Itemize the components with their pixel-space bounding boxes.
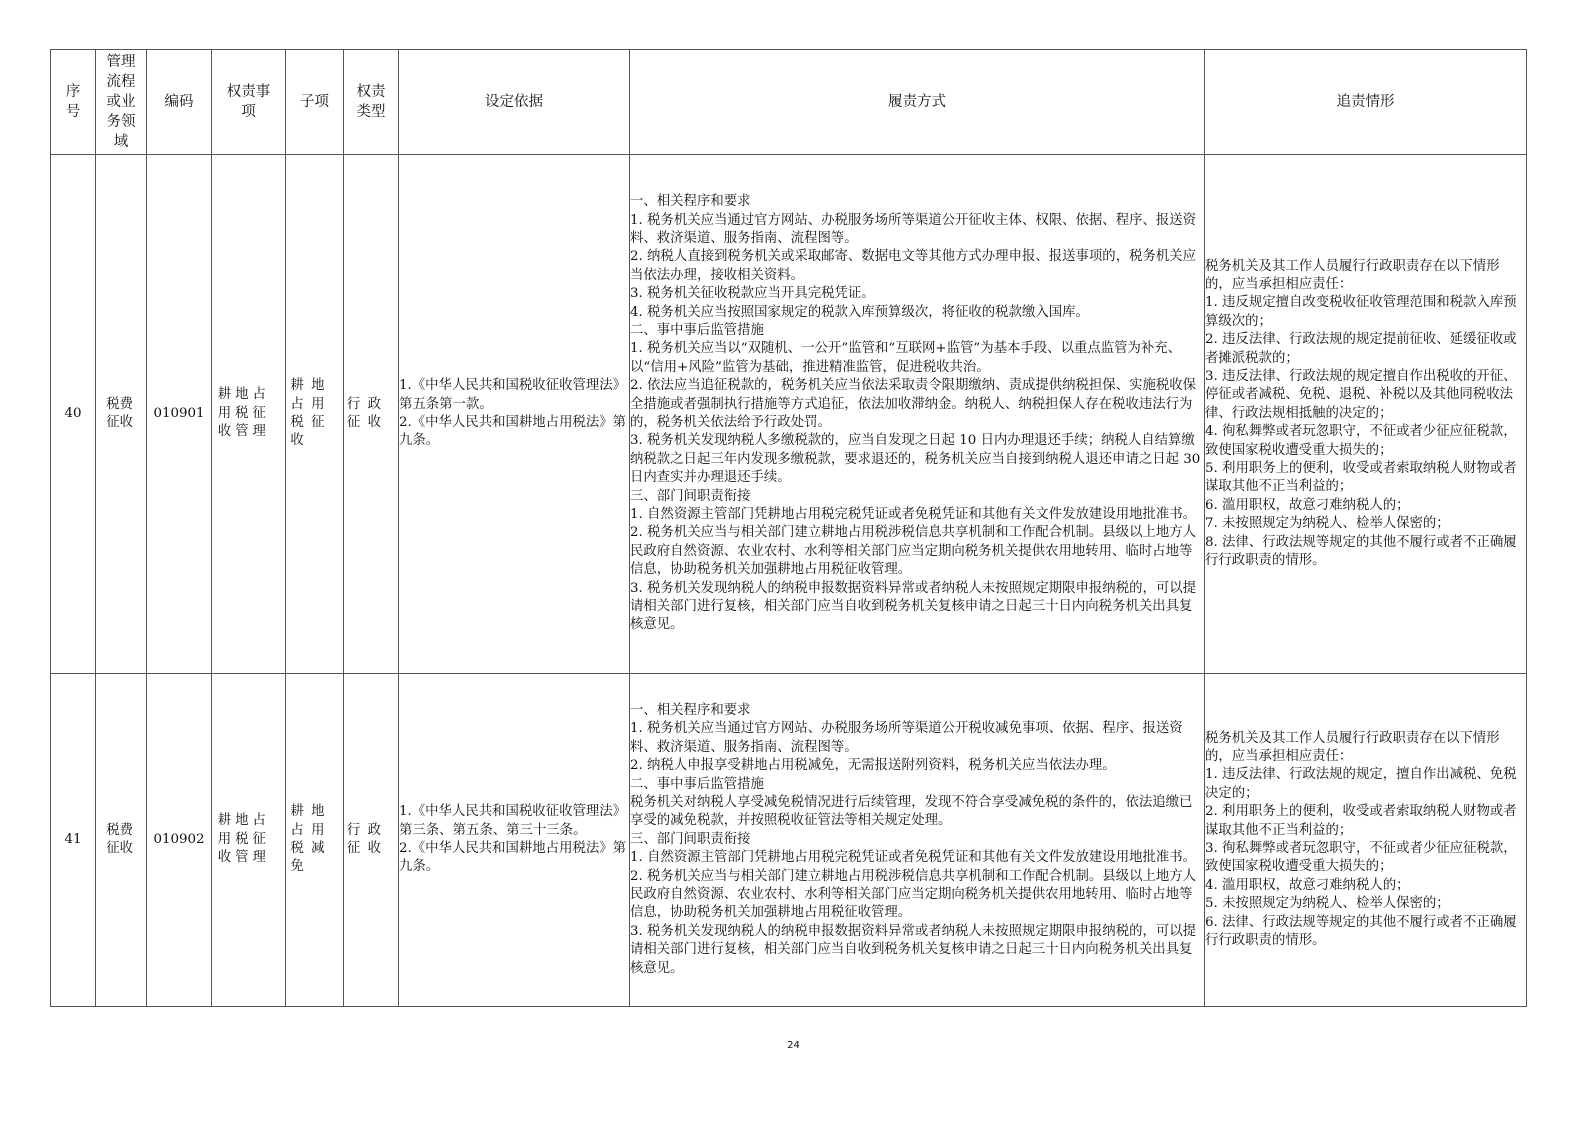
cell-item: 耕地占用税征收管理 [212, 674, 286, 1007]
table-row: 40 税费征收 010901 耕地占用税征收管理 耕地占用税征收 行政征收 1.… [51, 155, 1527, 674]
cell-seq: 40 [51, 155, 96, 674]
header-domain: 管理流程或业务领域 [96, 50, 147, 155]
header-item: 权责事项 [212, 50, 286, 155]
cell-basis: 1.《中华人民共和国税收征收管理法》第五条第一款。 2.《中华人民共和国耕地占用… [399, 155, 630, 674]
page-number: 24 [0, 1040, 1587, 1051]
cell-code: 010902 [147, 674, 212, 1007]
cell-seq: 41 [51, 674, 96, 1007]
cell-domain: 税费征收 [96, 674, 147, 1007]
cell-subitem: 耕地占用税征收 [286, 155, 344, 674]
cell-subitem: 耕地占用税减免 [286, 674, 344, 1007]
cell-item: 耕地占用税征收管理 [212, 155, 286, 674]
header-seq: 序号 [51, 50, 96, 155]
header-row: 序号 管理流程或业务领域 编码 权责事项 子项 权责类型 设定依据 履责方式 追… [51, 50, 1527, 155]
header-method: 履责方式 [630, 50, 1205, 155]
cell-code: 010901 [147, 155, 212, 674]
header-basis: 设定依据 [399, 50, 630, 155]
cell-method: 一、相关程序和要求 1. 税务机关应当通过官方网站、办税服务场所等渠道公开征收主… [630, 155, 1205, 674]
table-row: 41 税费征收 010902 耕地占用税征收管理 耕地占用税减免 行政征收 1.… [51, 674, 1527, 1007]
cell-type: 行政征收 [344, 155, 399, 674]
header-subitem: 子项 [286, 50, 344, 155]
cell-method: 一、相关程序和要求 1. 税务机关应当通过官方网站、办税服务场所等渠道公开税收减… [630, 674, 1205, 1007]
header-accountability: 追责情形 [1205, 50, 1527, 155]
cell-domain: 税费征收 [96, 155, 147, 674]
cell-accountability: 税务机关及其工作人员履行行政职责存在以下情形的，应当承担相应责任： 1. 违反法… [1205, 674, 1527, 1007]
cell-accountability: 税务机关及其工作人员履行行政职责存在以下情形的，应当承担相应责任： 1. 违反规… [1205, 155, 1527, 674]
cell-basis: 1.《中华人民共和国税收征收管理法》第三条、第五条、第三十三条。 2.《中华人民… [399, 674, 630, 1007]
duty-list-table: 序号 管理流程或业务领域 编码 权责事项 子项 权责类型 设定依据 履责方式 追… [50, 49, 1527, 1007]
header-type: 权责类型 [344, 50, 399, 155]
header-code: 编码 [147, 50, 212, 155]
cell-type: 行政征收 [344, 674, 399, 1007]
